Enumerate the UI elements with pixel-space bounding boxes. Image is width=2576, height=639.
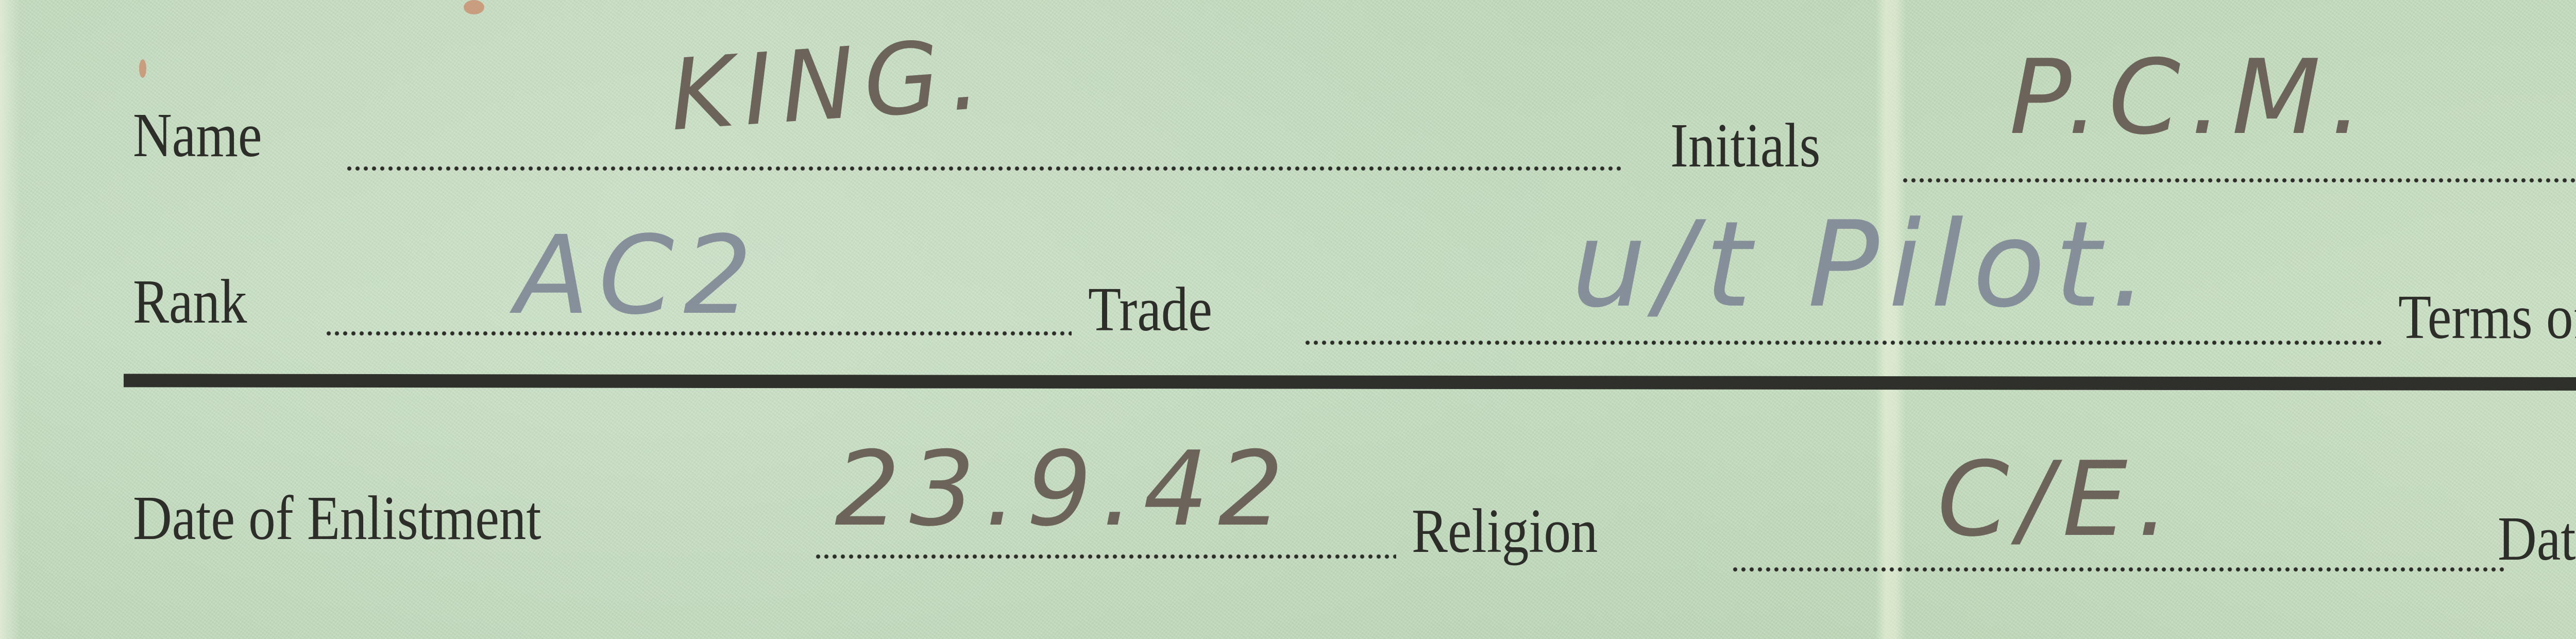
paper-torn-edge bbox=[0, 0, 21, 639]
rust-stain bbox=[139, 59, 146, 78]
date-of-enlistment-dotted-line bbox=[814, 554, 1396, 559]
name-label: Name bbox=[133, 104, 262, 167]
rank-label: Rank bbox=[133, 271, 247, 333]
initials-dotted-line bbox=[1901, 178, 2576, 183]
rust-stain bbox=[464, 0, 484, 14]
religion-label: Religion bbox=[1412, 500, 1598, 563]
date-of-birth-label: Date of Birth bbox=[2498, 508, 2576, 570]
trade-value[interactable]: u/t Pilot. bbox=[1571, 206, 2157, 325]
trade-dotted-line bbox=[1303, 340, 2385, 345]
rank-value[interactable]: AC2 bbox=[515, 222, 761, 330]
terms-of-service-label: Terms of Service bbox=[2398, 286, 2576, 349]
initials-value[interactable]: P.C.M. bbox=[2009, 46, 2372, 149]
trade-label: Trade bbox=[1088, 278, 1212, 341]
initials-label: Initials bbox=[1670, 114, 1820, 177]
date-of-enlistment-value[interactable]: 23.9.42 bbox=[835, 438, 1293, 541]
date-of-enlistment-label: Date of Enlistment bbox=[133, 487, 541, 550]
name-value[interactable]: KING. bbox=[667, 25, 992, 145]
name-dotted-line bbox=[345, 166, 1623, 171]
religion-dotted-line bbox=[1731, 567, 2504, 572]
religion-value[interactable]: C/E. bbox=[1937, 448, 2179, 551]
